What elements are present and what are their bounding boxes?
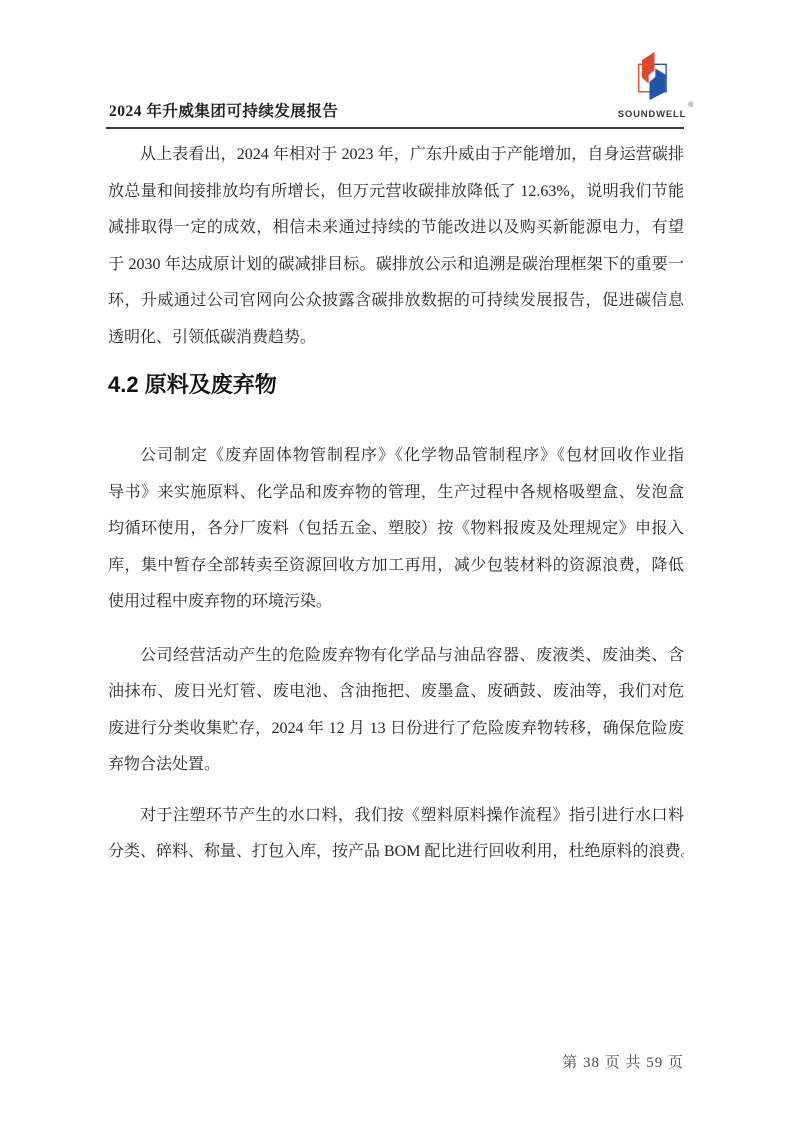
- paragraph-line: 于 2030 年达成原计划的碳减排目标。碳排放公示和追溯是碳治理框架下的重要一: [108, 247, 684, 284]
- page-number-indicator: 第 38 页 共 59 页: [108, 1051, 684, 1072]
- paragraph-line: 导书》来实施原料、化学品和废弃物的管理，生产过程中各规格吸塑盒、发泡盒: [108, 475, 684, 512]
- soundwell-logo-icon: [632, 48, 672, 104]
- paragraph-line: 透明化、引领低碳消费趋势。: [108, 320, 684, 357]
- paragraph-line: 分类、碎料、称量、打包入库，按产品 BOM 配比进行回收利用，杜绝原料的浪费。: [108, 834, 684, 871]
- paragraph-recycled-material: 对于注塑环节产生的水口料，我们按《塑料原料操作流程》指引进行水口料 分类、碎料、…: [108, 798, 684, 871]
- paragraph-line: 公司制定《废弃固体物管制程序》《化学物品管制程序》《包材回收作业指: [108, 438, 684, 475]
- header-rule: [106, 127, 684, 129]
- section-heading-4-2: 4.2 原料及废弃物: [108, 370, 684, 400]
- paragraph-carbon-emissions: 从上表看出，2024 年相对于 2023 年，广东升威由于产能增加，自身运营碳排…: [108, 137, 684, 356]
- report-title: 2024 年升威集团可持续发展报告: [109, 99, 338, 121]
- paragraph-line: 弃物合法处置。: [108, 747, 684, 784]
- paragraph-line: 使用过程中废弃物的环境污染。: [108, 584, 684, 621]
- document-body: 从上表看出，2024 年相对于 2023 年，广东升威由于产能增加，自身运营碳排…: [108, 137, 684, 871]
- paragraph-line: 公司经营活动产生的危险废弃物有化学品与油品容器、废液类、废油类、含: [108, 638, 684, 675]
- paragraph-line: 对于注塑环节产生的水口料，我们按《塑料原料操作流程》指引进行水口料: [108, 798, 684, 835]
- paragraph-line: 放总量和间接排放均有所增长，但万元营收碳排放降低了 12.63%，说明我们节能: [108, 174, 684, 211]
- paragraph-line: 均循环使用，各分厂废料（包括五金、塑胶）按《物料报废及处理规定》申报入: [108, 511, 684, 548]
- paragraph-line: 废进行分类收集贮存，2024 年 12 月 13 日份进行了危险废弃物转移，确保…: [108, 711, 684, 748]
- paragraph-line: 油抹布、废日光灯管、废电池、含油拖把、废墨盒、废硒鼓、废油等，我们对危: [108, 674, 684, 711]
- document-page: 2024 年升威集团可持续发展报告 SOUNDWELL ® 从上表看出，2024…: [0, 0, 794, 1123]
- paragraph-hazardous-waste: 公司经营活动产生的危险废弃物有化学品与油品容器、废液类、废油类、含 油抹布、废日…: [108, 638, 684, 784]
- logo-brand-label: SOUNDWELL: [618, 109, 686, 120]
- company-logo: SOUNDWELL ®: [610, 48, 694, 122]
- registered-trademark-symbol: ®: [688, 102, 694, 109]
- paragraph-line: 库，集中暂存全部转卖至资源回收方加工再用，减少包装材料的资源浪费，降低: [108, 548, 684, 585]
- paragraph-line: 环，升威通过公司官网向公众披露含碳排放数据的可持续发展报告，促进碳信息: [108, 283, 684, 320]
- paragraph-waste-management: 公司制定《废弃固体物管制程序》《化学物品管制程序》《包材回收作业指 导书》来实施…: [108, 438, 684, 621]
- logo-brand-text: SOUNDWELL ®: [618, 109, 686, 120]
- paragraph-line: 减排取得一定的成效，相信未来通过持续的节能改进以及购买新能源电力，有望: [108, 210, 684, 247]
- paragraph-line: 从上表看出，2024 年相对于 2023 年，广东升威由于产能增加，自身运营碳排: [108, 137, 684, 174]
